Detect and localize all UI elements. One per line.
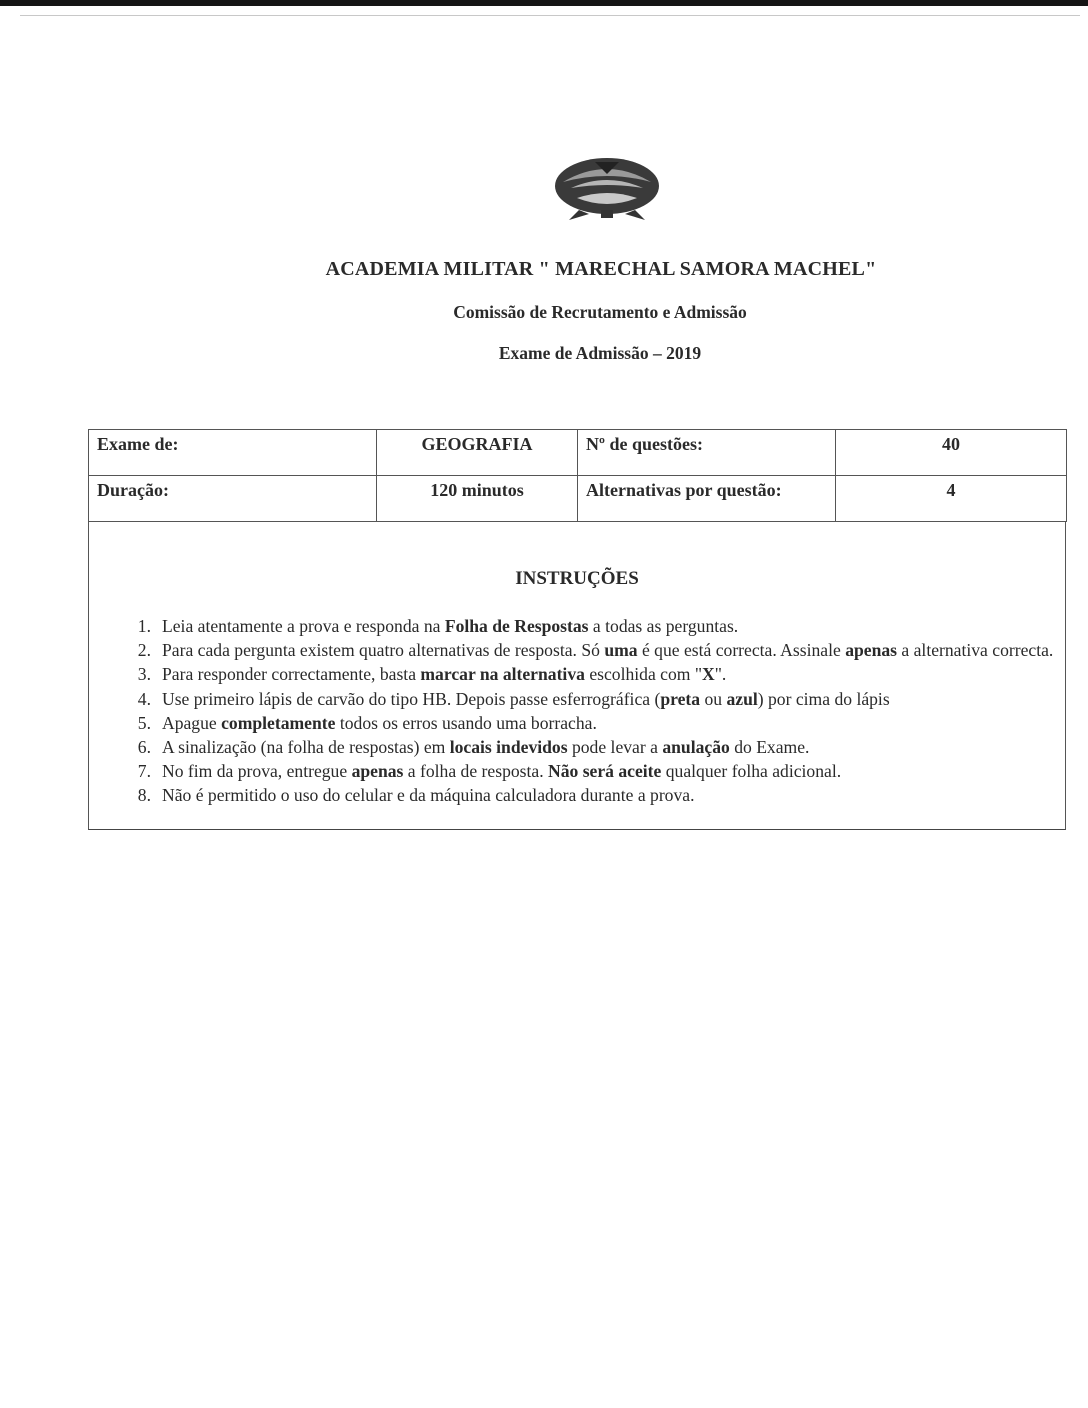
instruction-number: 4. (129, 687, 151, 711)
instruction-text: a alternativa correcta. (897, 640, 1053, 660)
instructions-heading: INSTRUÇÕES (89, 568, 1065, 590)
exam-info-table: Exame de: GEOGRAFIA Nº de questões: 40 D… (88, 429, 1067, 522)
instruction-emphasis: Não será aceite (548, 761, 661, 781)
instruction-emphasis: locais indevidos (450, 737, 568, 757)
instruction-text: pode levar a (568, 737, 663, 757)
military-academy-emblem-icon (549, 152, 665, 226)
instruction-emphasis: anulação (662, 737, 729, 757)
exam-title: Exame de Admissão – 2019 (0, 343, 1088, 364)
instruction-text: é que está correcta. Assinale (638, 640, 846, 660)
instruction-item: 3.Para responder correctamente, basta ma… (129, 662, 1059, 686)
instruction-text: Para cada pergunta existem quatro altern… (162, 640, 604, 660)
commission-name: Comissão de Recrutamento e Admissão (0, 302, 1088, 323)
instruction-text: Apague (162, 713, 221, 733)
alternatives-label: Alternativas por questão: (578, 476, 836, 522)
instruction-text: A sinalização (na folha de respostas) em (162, 737, 450, 757)
instruction-emphasis: apenas (845, 640, 897, 660)
table-row: Duração: 120 minutos Alternativas por qu… (89, 476, 1067, 522)
exam-subject-label: Exame de: (89, 430, 377, 476)
instruction-emphasis: azul (726, 689, 757, 709)
instruction-text: a todas as perguntas. (589, 616, 739, 636)
instruction-emphasis: completamente (221, 713, 335, 733)
instruction-number: 5. (129, 711, 151, 735)
instruction-emphasis: X (702, 664, 715, 684)
instruction-text: qualquer folha adicional. (661, 761, 841, 781)
instruction-text: escolhida com " (585, 664, 702, 684)
instruction-number: 3. (129, 662, 151, 686)
scan-edge (0, 0, 1088, 6)
instruction-item: 2.Para cada pergunta existem quatro alte… (129, 638, 1059, 662)
instruction-number: 8. (129, 783, 151, 807)
instruction-text: a folha de resposta. (403, 761, 548, 781)
instruction-text: No fim da prova, entregue (162, 761, 352, 781)
instruction-number: 2. (129, 638, 151, 662)
institution-name: ACADEMIA MILITAR " MARECHAL SAMORA MACHE… (0, 258, 1088, 281)
instruction-item: 5.Apague completamente todos os erros us… (129, 711, 1059, 735)
instruction-emphasis: uma (604, 640, 637, 660)
instruction-number: 7. (129, 759, 151, 783)
table-row: Exame de: GEOGRAFIA Nº de questões: 40 (89, 430, 1067, 476)
instruction-text: Para responder correctamente, basta (162, 664, 420, 684)
instruction-emphasis: Folha de Respostas (445, 616, 589, 636)
instruction-number: 1. (129, 614, 151, 638)
instructions-list: 1.Leia atentamente a prova e responda na… (129, 614, 1059, 808)
instruction-text: ) por cima do lápis (758, 689, 890, 709)
instruction-emphasis: preta (660, 689, 700, 709)
instruction-item: 4.Use primeiro lápis de carvão do tipo H… (129, 687, 1059, 711)
question-count-label: Nº de questões: (578, 430, 836, 476)
instruction-text: todos os erros usando uma borracha. (335, 713, 596, 733)
instruction-text: ou (700, 689, 726, 709)
instruction-item: 1.Leia atentamente a prova e responda na… (129, 614, 1059, 638)
instruction-text: do Exame. (730, 737, 810, 757)
instruction-item: 6.A sinalização (na folha de respostas) … (129, 735, 1059, 759)
duration-value: 120 minutos (377, 476, 578, 522)
instruction-text: Leia atentamente a prova e responda na (162, 616, 445, 636)
duration-label: Duração: (89, 476, 377, 522)
scan-artifact-line (20, 15, 1080, 16)
instruction-text: Não é permitido o uso do celular e da má… (162, 785, 695, 805)
question-count-value: 40 (836, 430, 1067, 476)
instruction-emphasis: apenas (352, 761, 404, 781)
instruction-text: ". (715, 664, 727, 684)
alternatives-value: 4 (836, 476, 1067, 522)
instruction-emphasis: marcar na alternativa (420, 664, 585, 684)
exam-subject-value: GEOGRAFIA (377, 430, 578, 476)
instruction-item: 7.No fim da prova, entregue apenas a fol… (129, 759, 1059, 783)
instruction-text: Use primeiro lápis de carvão do tipo HB.… (162, 689, 660, 709)
instruction-number: 6. (129, 735, 151, 759)
instructions-box: INSTRUÇÕES 1.Leia atentamente a prova e … (88, 522, 1066, 830)
instruction-item: 8.Não é permitido o uso do celular e da … (129, 783, 1059, 807)
